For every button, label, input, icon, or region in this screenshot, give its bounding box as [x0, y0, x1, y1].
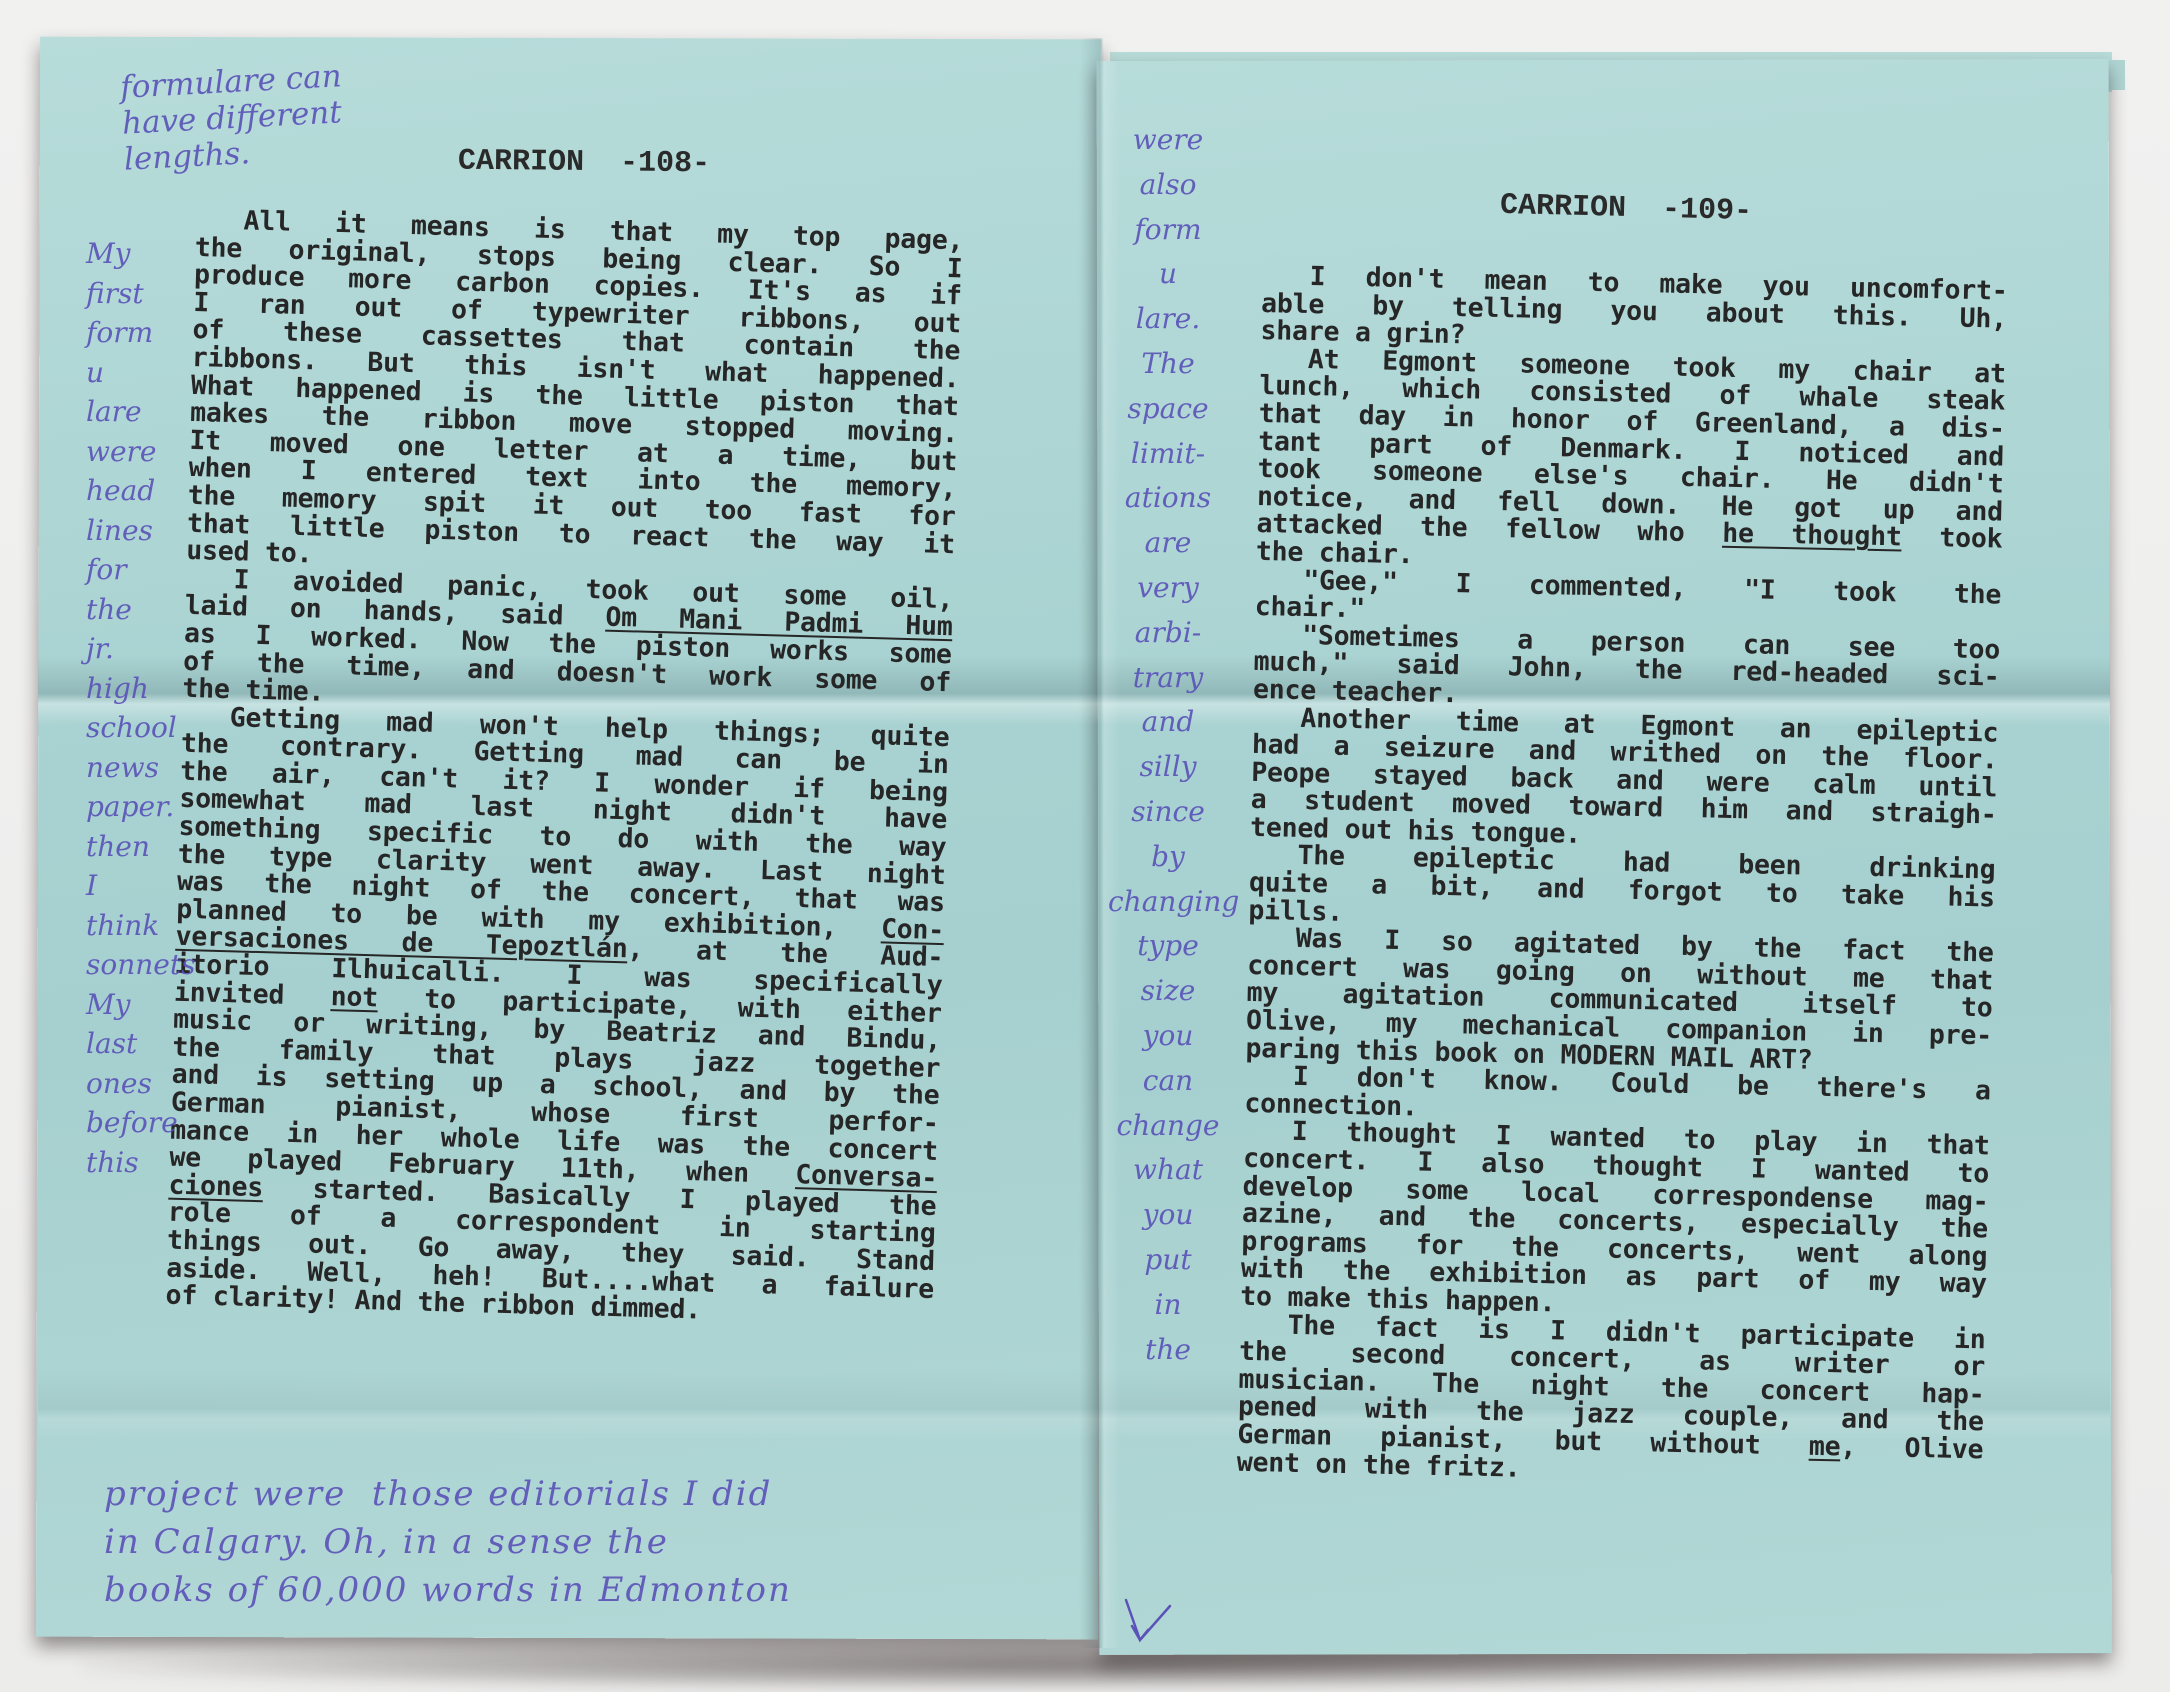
right-page-body: I don't mean to make you uncomfort-able … [1237, 262, 2008, 1491]
handwritten-gutter-note: were also form u lare. The space limit- … [1108, 118, 1228, 1372]
handwritten-note-top-left: formulare can have different lengths. [119, 58, 346, 177]
down-arrow-icon [1118, 1596, 1178, 1646]
left-page-header: CARRION -108- [458, 145, 710, 182]
underlined-text: he thought [1722, 518, 1902, 553]
underlined-text: me [1809, 1431, 1841, 1463]
left-page-body: All it means is that my top page,the ori… [165, 206, 964, 1331]
handwritten-note-bottom-left: project were those editorials I did in C… [104, 1470, 792, 1614]
handwritten-margin-note-left: My first form u lare were head lines for… [86, 234, 195, 1182]
right-page-header: CARRION -109- [1500, 189, 1753, 229]
